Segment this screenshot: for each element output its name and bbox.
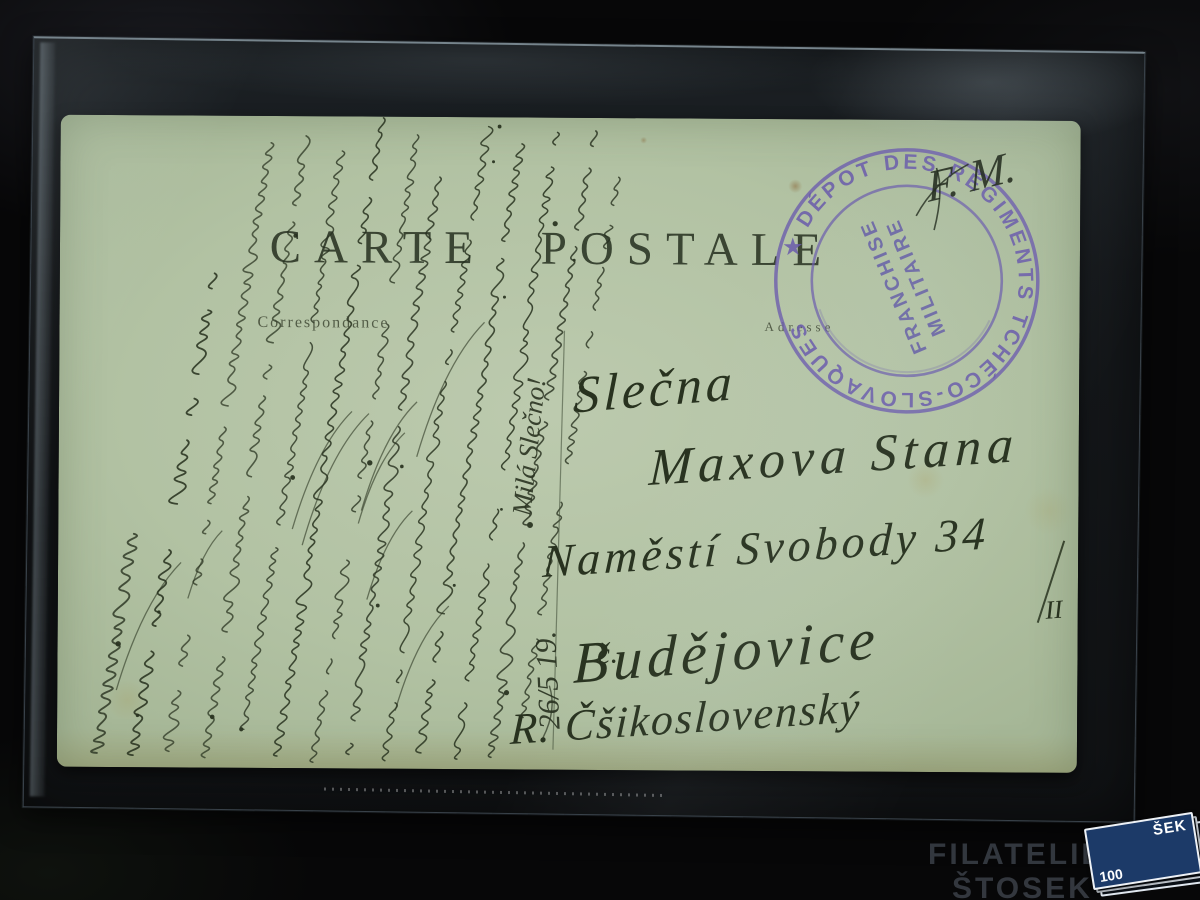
watermark-line2: ŠTOSEK <box>952 872 1093 900</box>
address-recipient-name: Maxova Stana <box>647 416 1020 497</box>
greeting-text: Milá Slečno! <box>506 376 551 518</box>
logo-100-label: 100 <box>1098 866 1124 885</box>
address-recipient-title: Slečna <box>573 354 736 424</box>
sleeve-left-seam <box>30 42 56 796</box>
address-street-fraction: II <box>1043 595 1064 625</box>
photo-background: { "postcard": { "heading": "CARTE POSTAL… <box>0 0 1200 900</box>
shop-logo: ŠEK 100 <box>1084 812 1200 890</box>
postcard-face: CARTE POSTALE Correspondance Adresse Mil… <box>57 115 1081 773</box>
address-street: Naměstí Svobody 34 <box>541 507 991 587</box>
logo-sek-label: ŠEK <box>1152 817 1188 839</box>
watermark-line1: FILATELIE <box>928 838 1104 872</box>
address-city: Budějovice <box>572 606 880 696</box>
postcard: CARTE POSTALE Correspondance Adresse Mil… <box>57 115 1081 773</box>
sleeve-weld-dots <box>324 788 664 798</box>
correspondence-label: Correspondance <box>257 314 389 332</box>
card-heading: CARTE POSTALE <box>270 221 835 276</box>
plastic-sleeve: CARTE POSTALE Correspondance Adresse Mil… <box>23 36 1146 822</box>
